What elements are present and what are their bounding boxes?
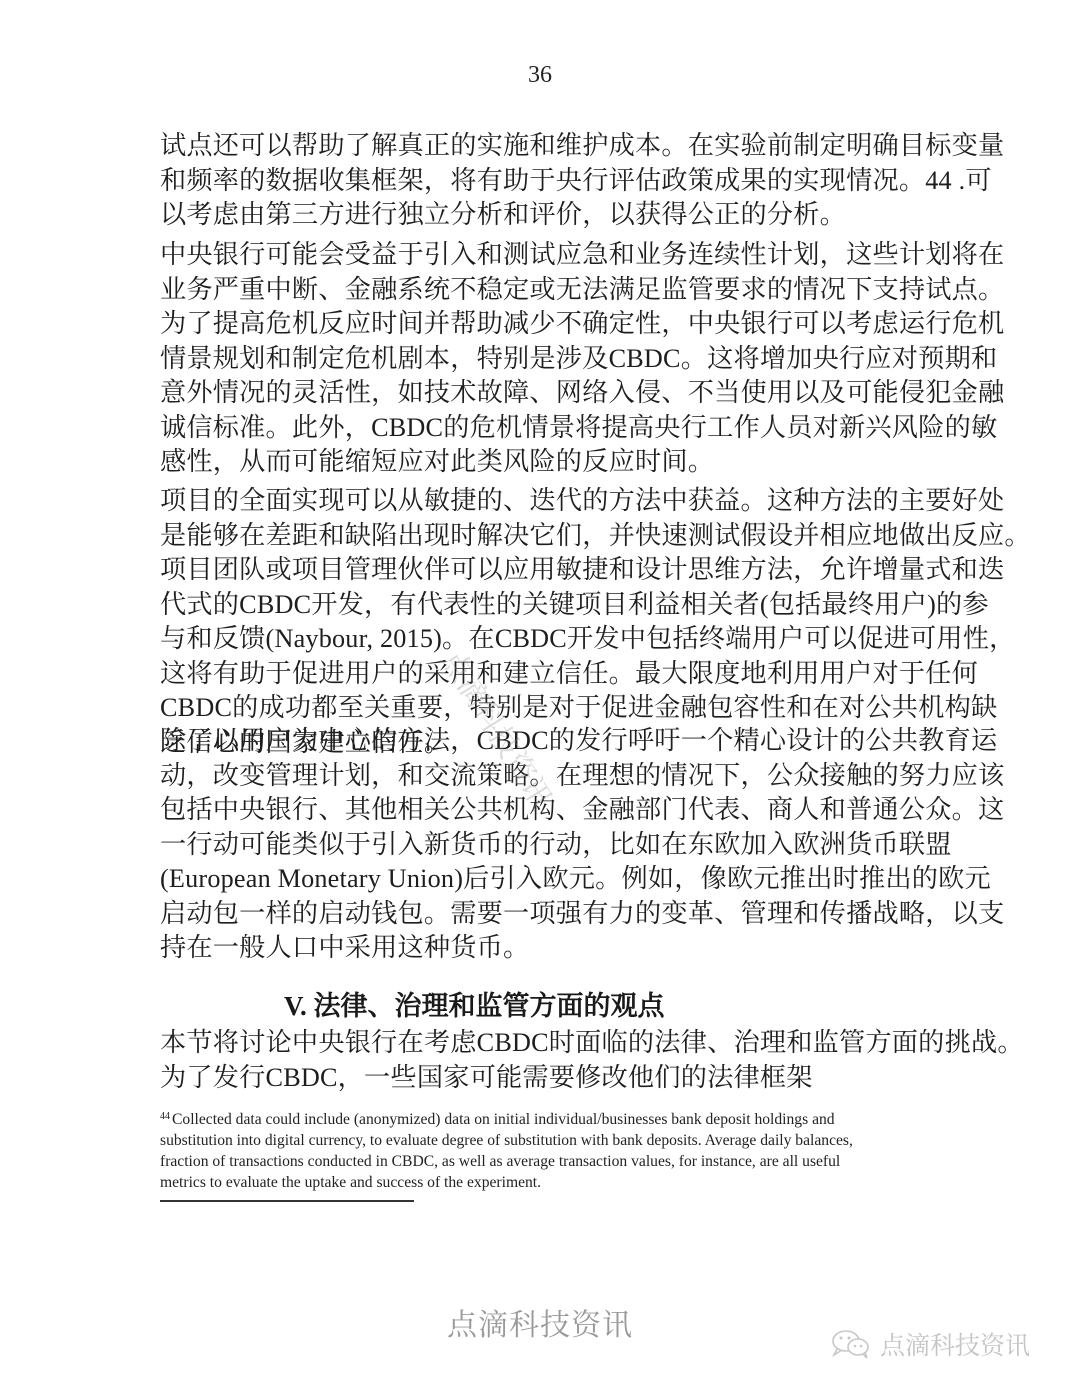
footnote-line: metrics to evaluate the uptake and succe… [160,1172,960,1193]
section-intro: 本节将讨论中央银行在考虑CBDC时面临的法律、治理和监管方面的挑战。 为了发行C… [160,1026,960,1095]
text-line: 以考虑由第三方进行独立分析和评价，以获得公正的分析。 [160,198,960,233]
text-line: 启动包一样的启动钱包。需要一项强有力的变革、管理和传播战略，以支 [160,897,960,932]
text-line: 和频率的数据收集框架，将有助于央行评估政策成果的实现情况。44 .可 [160,164,960,199]
text-line: 动，改变管理计划，和交流策略。在理想的情况下，公众接触的努力应该 [160,759,960,794]
text-line: 与和反馈(Naybour, 2015)。在CBDC开发中包括终端用户可以促进可用… [160,622,960,657]
footnote-divider [160,1200,414,1202]
text-line: 项目团队或项目管理伙伴可以应用敏捷和设计思维方法，允许增量式和迭 [160,553,960,588]
text-line: 是能够在差距和缺陷出现时解决它们，并快速测试假设并相应地做出反应。 [160,519,960,554]
text-line: 这将有助于促进用户的采用和建立信任。最大限度地利用用户对于任何 [160,657,960,692]
text-line: 持在一般人口中采用这种货币。 [160,931,960,966]
wechat-icon [830,1327,874,1361]
text-line: 一行动可能类似于引入新货币的行动，比如在东欧加入欧洲货币联盟 [160,828,960,863]
footnote: 44Collected data could include (anonymiz… [160,1106,960,1193]
text-line: 意外情况的灵活性，如技术故障、网络入侵、不当使用以及可能侵犯金融 [160,376,960,411]
page-number: 36 [0,62,1080,89]
paragraph-3: 项目的全面实现可以从敏捷的、迭代的方法中获益。这种方法的主要好处 是能够在差距和… [160,484,960,760]
paragraph-2: 中央银行可能会受益于引入和测试应急和业务连续性计划，这些计划将在 业务严重中断、… [160,238,960,480]
text-line: 本节将讨论中央银行在考虑CBDC时面临的法律、治理和监管方面的挑战。 [160,1026,960,1061]
text-line: 除了以用户为中心的方法，CBDC的发行呼吁一个精心设计的公共教育运 [160,724,960,759]
text-line: 为了发行CBDC，一些国家可能需要修改他们的法律框架 [160,1061,960,1096]
paragraph-4: 除了以用户为中心的方法，CBDC的发行呼吁一个精心设计的公共教育运 动，改变管理… [160,724,960,966]
text-line: 业务严重中断、金融系统不稳定或无法满足监管要求的情况下支持试点。 [160,273,960,308]
text-line: 代式的CBDC开发，有代表性的关键项目利益相关者(包括最终用户)的参 [160,588,960,623]
text-line: 试点还可以帮助了解真正的实施和维护成本。在实验前制定明确目标变量 [160,129,960,164]
footnote-line: substitution into digital currency, to e… [160,1130,960,1151]
text-line: (European Monetary Union)后引入欧元。例如，像欧元推出时… [160,862,960,897]
corner-watermark-text: 点滴科技资讯 [880,1326,1030,1362]
text-line: 项目的全面实现可以从敏捷的、迭代的方法中获益。这种方法的主要好处 [160,484,960,519]
section-heading: V. 法律、治理和监管方面的观点 [284,984,665,1023]
text-line: 包括中央银行、其他相关公共机构、金融部门代表、商人和普通公众。这 [160,793,960,828]
footnote-text: Collected data could include (anonymized… [172,1111,835,1128]
text-line: 感性，从而可能缩短应对此类风险的反应时间。 [160,445,960,480]
footnote-line: fraction of transactions conducted in CB… [160,1151,960,1172]
text-line: 中央银行可能会受益于引入和测试应急和业务连续性计划，这些计划将在 [160,238,960,273]
footnote-marker: 44 [160,1111,170,1122]
corner-watermark: 点滴科技资讯 [830,1326,1030,1362]
text-line: 情景规划和制定危机剧本，特别是涉及CBDC。这将增加央行应对预期和 [160,342,960,377]
paragraph-1: 试点还可以帮助了解真正的实施和维护成本。在实验前制定明确目标变量 和频率的数据收… [160,129,960,233]
footnote-line: 44Collected data could include (anonymiz… [160,1106,960,1130]
text-line: 诚信标准。此外，CBDC的危机情景将提高央行工作人员对新兴风险的敏 [160,411,960,446]
text-line: CBDC的成功都至关重要，特别是对于促进金融包容性和在对公共机构缺 [160,691,960,726]
text-line: 为了提高危机反应时间并帮助减少不确定性，中央银行可以考虑运行危机 [160,307,960,342]
